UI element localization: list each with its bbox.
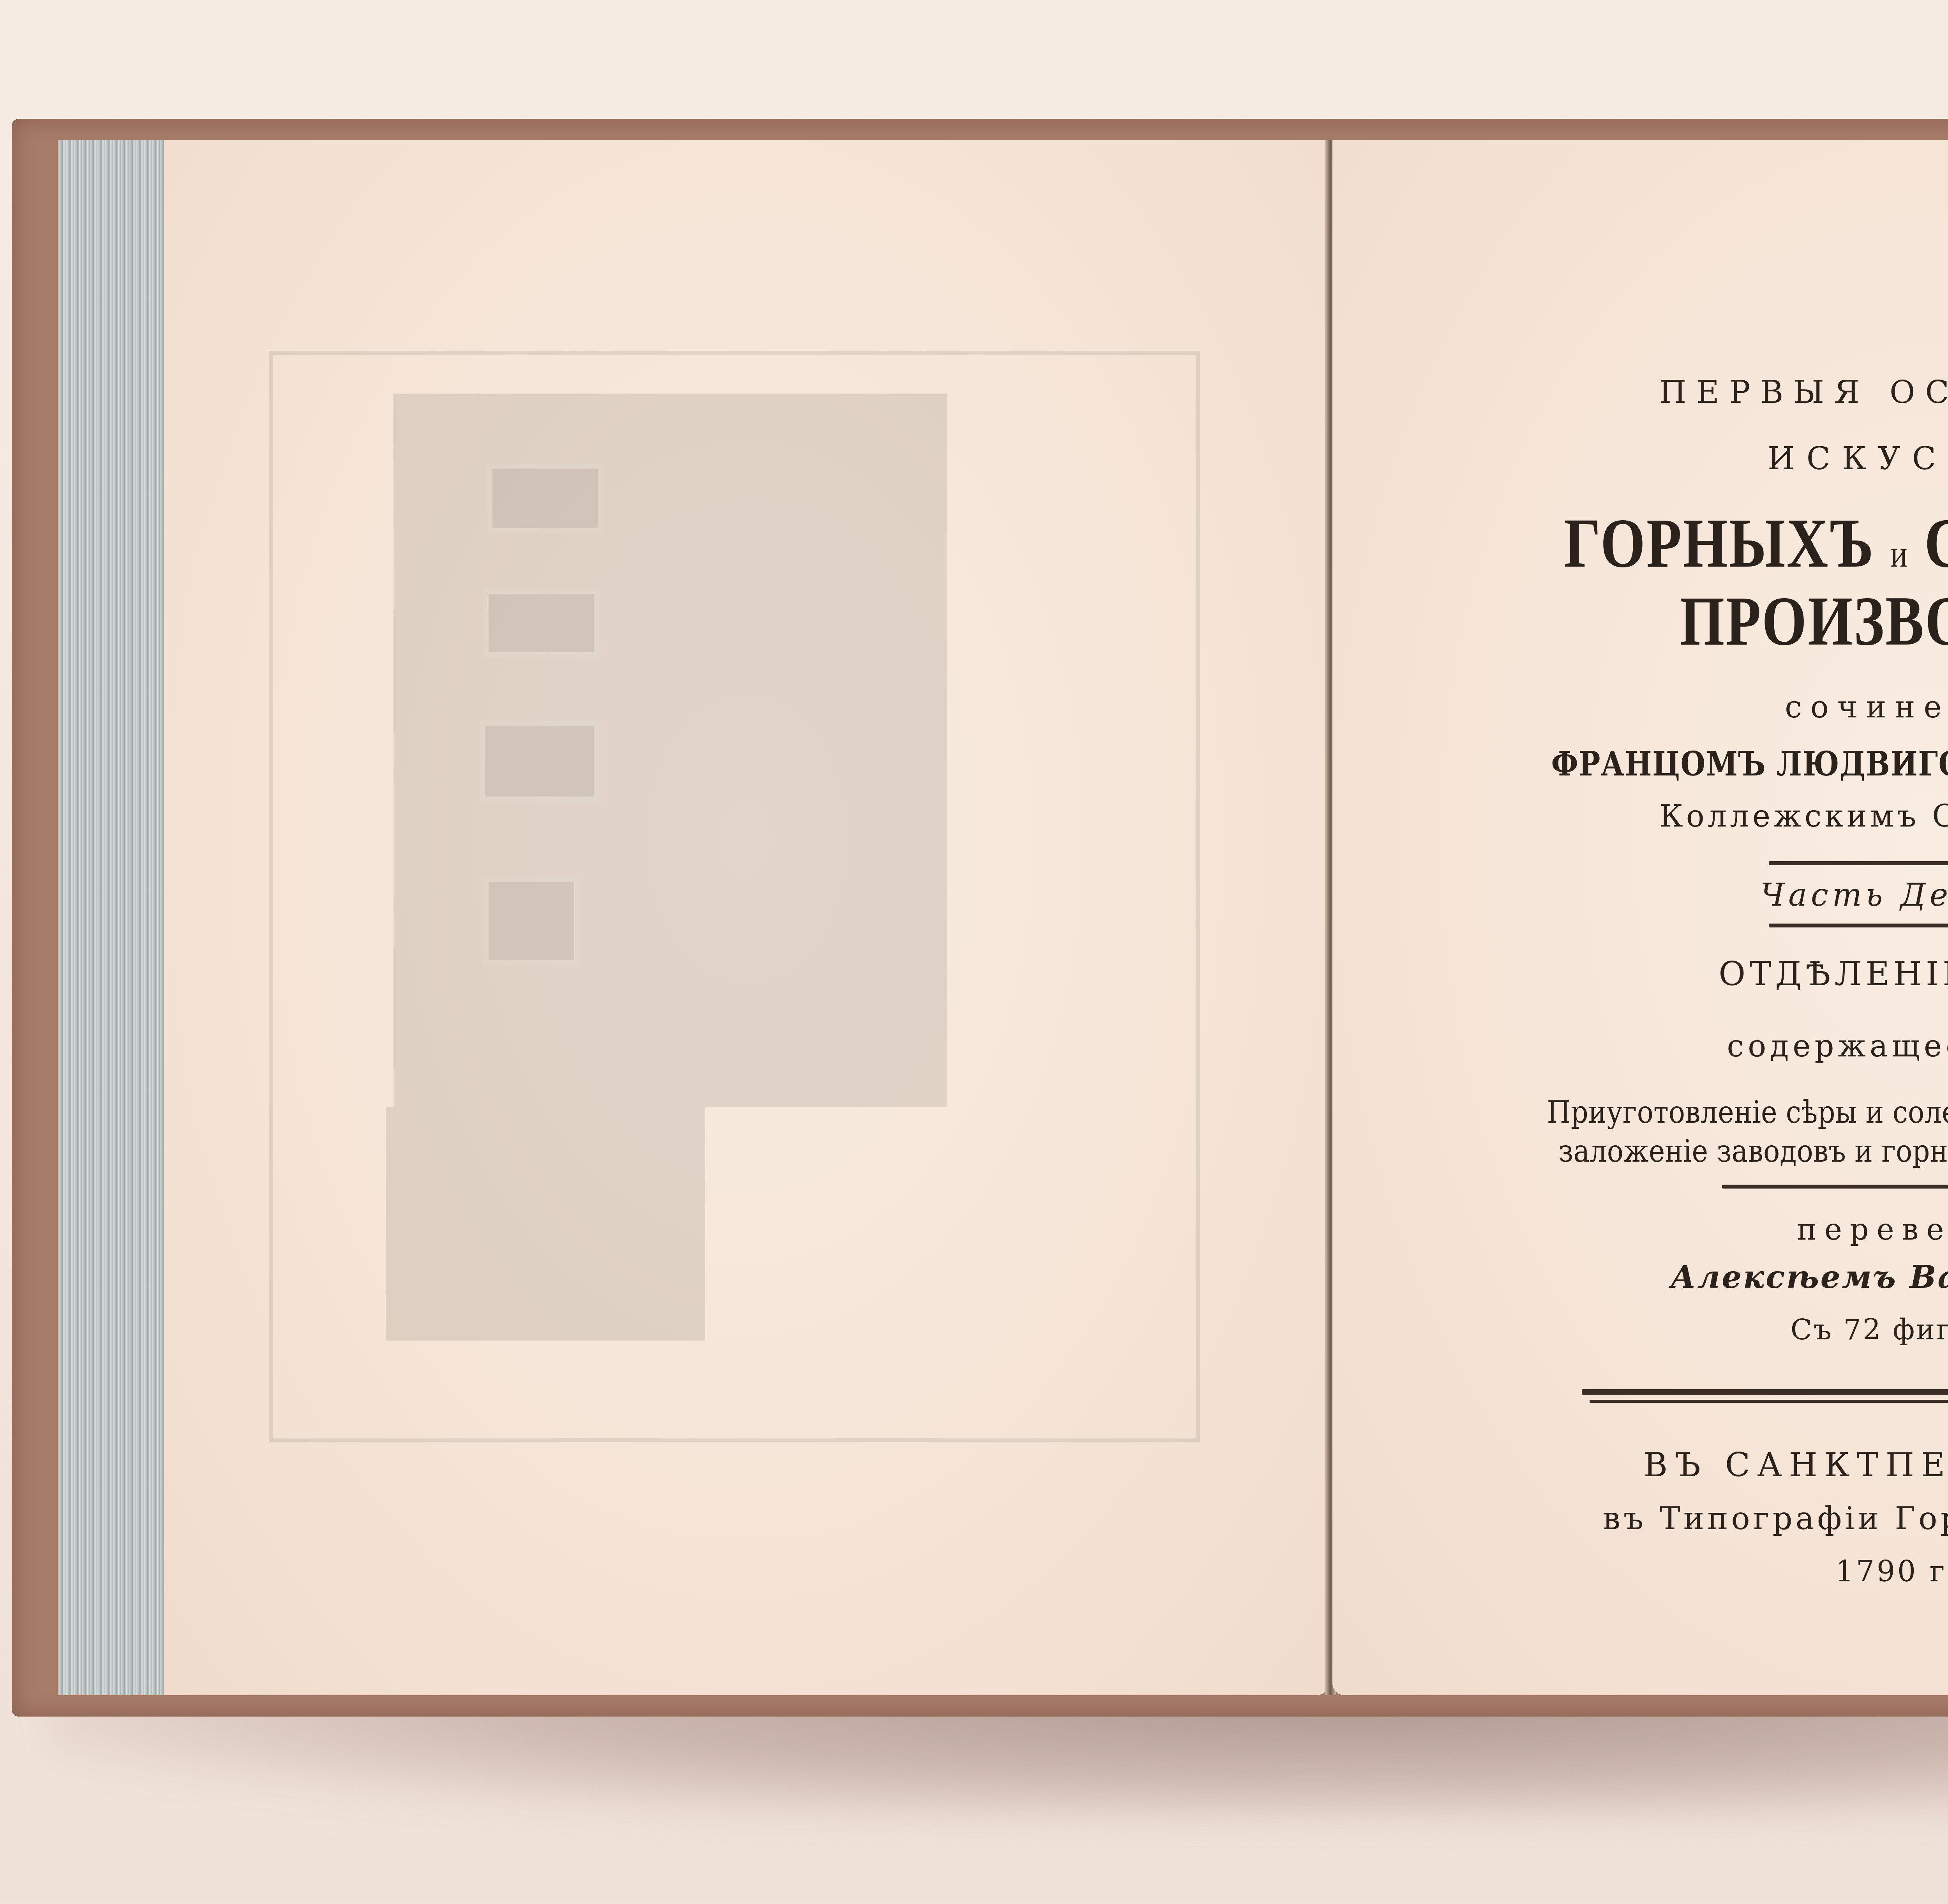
author-title: Коллежскимъ Совѣтникомъ. [1332,799,1948,834]
bleed-through-plate-lower [386,1107,705,1341]
title-line-1: ПЕРВЫЯ ОСНОВАНІЯ [1332,374,1948,410]
main-title-line-1: ГОРНЫХЪ и СОЛЯНЫХЪ [1440,503,1948,583]
containing-label: содержащее въ себѣ [1332,1029,1948,1064]
main-title-word-1: ГОРНЫХЪ [1564,504,1874,582]
imprint-printer: въ Типографіи Горнаго Училища. [1332,1500,1948,1537]
divider-rule [1769,924,1948,927]
divider-rule [1769,861,1948,865]
bleed-through-plate [393,394,947,1107]
left-page-edges [58,140,164,1695]
translated-label: переведено [1332,1212,1948,1247]
bleed-through-window [487,464,603,533]
double-rule [1590,1400,1948,1403]
author-name: ФРАНЦОМЪ ЛЮДВИГОМЪ КАНКРИНОМЪ [1422,744,1948,784]
section-label: ОТДѢЛЕНІЕ ТРЕТІЕ [1332,955,1948,993]
main-title-word-2: СОЛЯНЫХЪ [1924,504,1948,582]
bleed-through-window [483,588,599,658]
double-rule [1582,1389,1948,1395]
bleed-through-window [479,721,599,802]
bleed-through-window [483,877,580,966]
description-line-2: заложеніе заводовъ и горное фабричное ис… [1392,1134,1948,1169]
composed-by: сочиненныя [1332,690,1948,725]
part-label: Часть Девятая. [1332,877,1948,913]
description-line-1: Приуготовленіе сѣры и солей изъ ихъ иско… [1392,1095,1948,1130]
imprint-city: ВЪ САНКТПЕТЕРБУРГѢ, [1332,1446,1948,1484]
title-line-2: ИСКУССТВА [1332,440,1948,477]
divider-rule [1722,1185,1948,1189]
figures-count: Съ 72 фигурами. [1332,1313,1948,1346]
main-title-conjunction: и [1890,532,1909,575]
main-title-line-2: ПРОИЗВОДСТВЪ [1440,581,1948,661]
translator-name: Алексѣемъ Васильевымъ [1332,1259,1948,1295]
imprint-year: 1790 года. [1332,1555,1948,1588]
